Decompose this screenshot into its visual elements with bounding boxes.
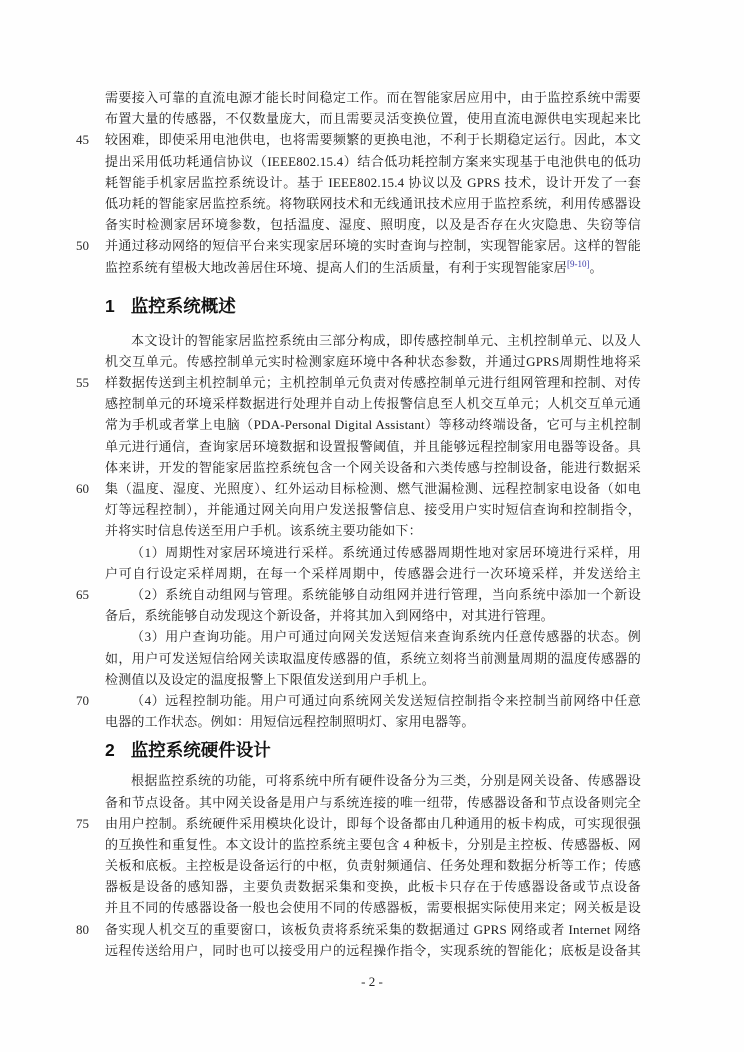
margin-line-number bbox=[76, 855, 105, 876]
text-line: （1）周期性对家居环境进行采样。系统通过传感器周期性地对家居环境进行采样，用 bbox=[76, 542, 641, 563]
line-text: 单元进行通信，查询家居环境数据和设置报警阈值，并且能够远程控制家用电器等设备。具 bbox=[105, 436, 641, 457]
heading-number: 2 bbox=[105, 740, 115, 760]
margin-line-number bbox=[76, 737, 105, 763]
line-text: 提出采用低功耗通信协议（IEEE802.15.4）结合低功耗控制方案来实现基于电… bbox=[105, 151, 641, 172]
text-line: 电器的工作状态。例如：用短信远程控制照明灯、家用电器等。 bbox=[76, 711, 641, 732]
line-text: 机交互单元。传感控制单元实时检测家庭环境中各种状态参数，并通过GPRS周期性地将… bbox=[105, 351, 641, 372]
margin-line-number: 45 bbox=[76, 129, 105, 150]
line-text: 备实现人机交互的重要窗口，该板负责将系统采集的数据通过 GPRS 网络或者 In… bbox=[105, 919, 641, 940]
page-content: 需要接入可靠的直流电源才能长时间稳定工作。而在智能家居应用中，由于监控系统中需要… bbox=[76, 87, 641, 961]
line-text: 并通过移动网络的短信平台来实现家居环境的实时查询与控制，实现智能家居。这样的智能 bbox=[105, 235, 641, 256]
text-line: 灯等远程控制），并能通过网关向用户发送报警信息、接受用户实时短信查询和控制指令， bbox=[76, 499, 641, 520]
heading-title: 监控系统硬件设计 bbox=[131, 740, 271, 760]
margin-line-number bbox=[76, 193, 105, 214]
line-text: （2）系统自动组网与管理。系统能够自动组网并进行管理，当向系统中添加一个新设 bbox=[105, 584, 641, 605]
text-line: 关板和底板。主控板是设备运行的中枢，负责射频通信、任务处理和数据分析等工作；传感 bbox=[76, 855, 641, 876]
margin-line-number bbox=[76, 834, 105, 855]
line-text: （1）周期性对家居环境进行采样。系统通过传感器周期性地对家居环境进行采样，用 bbox=[105, 542, 641, 563]
margin-line-number bbox=[76, 876, 105, 897]
margin-line-number bbox=[76, 257, 105, 278]
line-text: 检测值以及设定的温度报警上下限值发送到用户手机上。 bbox=[105, 669, 641, 690]
margin-line-number bbox=[76, 172, 105, 193]
line-text: 备和节点设备。其中网关设备是用户与系统连接的唯一纽带，传感器设备和节点设备则完全 bbox=[105, 792, 641, 813]
margin-line-number bbox=[76, 605, 105, 626]
margin-line-number bbox=[76, 626, 105, 647]
line-text: 并将实时信息传送至用户手机。该系统主要功能如下： bbox=[105, 520, 641, 541]
text-line: （3）用户查询功能。用户可通过向网关发送短信来查询系统内任意传感器的状态。例 bbox=[76, 626, 641, 647]
margin-line-number: 80 bbox=[76, 919, 105, 940]
line-text: 根据监控系统的功能，可将系统中所有硬件设备分为三类，分别是网关设备、传感器设 bbox=[105, 770, 641, 791]
margin-line-number: 55 bbox=[76, 372, 105, 393]
margin-line-number bbox=[76, 940, 105, 961]
line-text: 布置大量的传感器，不仅数量庞大，而且需要灵活变换位置，使用直流电源供电实现起来比 bbox=[105, 108, 641, 129]
line-text: 电器的工作状态。例如：用短信远程控制照明灯、家用电器等。 bbox=[105, 711, 641, 732]
margin-line-number bbox=[76, 499, 105, 520]
text-line: 耗智能手机家居监控系统设计。基于 IEEE802.15.4 协议以及 GPRS … bbox=[76, 172, 641, 193]
margin-line-number bbox=[76, 563, 105, 584]
line-text: 由用户控制。系统硬件采用模块化设计，即每个设备都由几种通用的板卡构成，可实现很强 bbox=[105, 813, 641, 834]
text-line: 本文设计的智能家居监控系统由三部分构成，即传感控制单元、主机控制单元、以及人 bbox=[76, 330, 641, 351]
margin-line-number bbox=[76, 542, 105, 563]
margin-line-number bbox=[76, 669, 105, 690]
line-text: 关板和底板。主控板是设备运行的中枢，负责射频通信、任务处理和数据分析等工作；传感 bbox=[105, 855, 641, 876]
line-text: 样数据传送到主机控制单元；主机控制单元负责对传感控制单元进行组网管理和控制、对传 bbox=[105, 372, 641, 393]
line-text: 需要接入可靠的直流电源才能长时间稳定工作。而在智能家居应用中，由于监控系统中需要 bbox=[105, 87, 641, 108]
text-line: 如，用户可发送短信给网关读取温度传感器的值，系统立刻将当前测量周期的温度传感器的 bbox=[76, 648, 641, 669]
margin-line-number bbox=[76, 897, 105, 918]
line-text: 较困难，即使采用电池供电，也将需要频繁的更换电池，不利于长期稳定运行。因此，本文 bbox=[105, 129, 641, 150]
margin-line-number: 65 bbox=[76, 584, 105, 605]
text-line: 并将实时信息传送至用户手机。该系统主要功能如下： bbox=[76, 520, 641, 541]
heading-text: 1监控系统概述 bbox=[105, 293, 641, 319]
line-text: 如，用户可发送短信给网关读取温度传感器的值，系统立刻将当前测量周期的温度传感器的 bbox=[105, 648, 641, 669]
margin-line-number: 70 bbox=[76, 690, 105, 711]
line-text: 远程传送给用户，同时也可以接受用户的远程操作指令，实现系统的智能化；底板是设备其 bbox=[105, 940, 641, 961]
text-line: 根据监控系统的功能，可将系统中所有硬件设备分为三类，分别是网关设备、传感器设 bbox=[76, 770, 641, 791]
text-line: 备后，系统能够自动发现这个新设备，并将其加入到网络中，对其进行管理。 bbox=[76, 605, 641, 626]
line-text: 常为手机或者掌上电脑（PDA-Personal Digital Assistan… bbox=[105, 414, 641, 435]
text-line: 需要接入可靠的直流电源才能长时间稳定工作。而在智能家居应用中，由于监控系统中需要 bbox=[76, 87, 641, 108]
line-text: 感控制单元的环境采样数据进行处理并自动上传报警信息至人机交互单元；人机交互单元通 bbox=[105, 393, 641, 414]
line-text: 备实时检测家居环境参数，包括温度、湿度、照明度，以及是否存在火灾隐患、失窃等信息… bbox=[105, 214, 641, 235]
text-line: 75由用户控制。系统硬件采用模块化设计，即每个设备都由几种通用的板卡构成，可实现… bbox=[76, 813, 641, 834]
text-line: 备和节点设备。其中网关设备是用户与系统连接的唯一纽带，传感器设备和节点设备则完全 bbox=[76, 792, 641, 813]
text-line: 并且不同的传感器设备一般也会使用不同的传感器板，需要根据实际使用来定；网关板是设 bbox=[76, 897, 641, 918]
margin-line-number bbox=[76, 414, 105, 435]
text-line: 远程传送给用户，同时也可以接受用户的远程操作指令，实现系统的智能化；底板是设备其 bbox=[76, 940, 641, 961]
margin-line-number bbox=[76, 108, 105, 129]
margin-line-number bbox=[76, 214, 105, 235]
section-heading: 1监控系统概述 bbox=[76, 293, 641, 319]
text-line: 45较困难，即使采用电池供电，也将需要频繁的更换电池，不利于长期稳定运行。因此，… bbox=[76, 129, 641, 150]
line-text: 本文设计的智能家居监控系统由三部分构成，即传感控制单元、主机控制单元、以及人 bbox=[105, 330, 641, 351]
text-line: 70（4）远程控制功能。用户可通过向系统网关发送短信控制指令来控制当前网络中任意 bbox=[76, 690, 641, 711]
text-line: 65（2）系统自动组网与管理。系统能够自动组网并进行管理，当向系统中添加一个新设 bbox=[76, 584, 641, 605]
line-text: （4）远程控制功能。用户可通过向系统网关发送短信控制指令来控制当前网络中任意 bbox=[105, 690, 641, 711]
line-text: 体来讲，开发的智能家居监控系统包含一个网关设备和六类传感与控制设备，能进行数据采 bbox=[105, 457, 641, 478]
text-line: 户可自行设定采样周期，在每一个采样周期中，传感器会进行一次环境采样，并发送给主机… bbox=[76, 563, 641, 584]
text-line: 器板是设备的感知器，主要负责数据采集和变换，此板卡只存在于传感器设备或节点设备中… bbox=[76, 876, 641, 897]
margin-line-number: 75 bbox=[76, 813, 105, 834]
margin-line-number bbox=[76, 792, 105, 813]
text-line: 55样数据传送到主机控制单元；主机控制单元负责对传感控制单元进行组网管理和控制、… bbox=[76, 372, 641, 393]
line-text: 集（温度、湿度、光照度）、红外运动目标检测、燃气泄漏检测、远程控制家电设备（如电 bbox=[105, 478, 641, 499]
line-text: （3）用户查询功能。用户可通过向网关发送短信来查询系统内任意传感器的状态。例 bbox=[105, 626, 641, 647]
margin-line-number bbox=[76, 770, 105, 791]
page-number: - 2 - bbox=[361, 974, 383, 989]
text-line: 提出采用低功耗通信协议（IEEE802.15.4）结合低功耗控制方案来实现基于电… bbox=[76, 151, 641, 172]
text-line: 单元进行通信，查询家居环境数据和设置报警阈值，并且能够远程控制家用电器等设备。具 bbox=[76, 436, 641, 457]
text-line: 常为手机或者掌上电脑（PDA-Personal Digital Assistan… bbox=[76, 414, 641, 435]
line-text: 户可自行设定采样周期，在每一个采样周期中，传感器会进行一次环境采样，并发送给主机… bbox=[105, 563, 641, 584]
line-text: 备后，系统能够自动发现这个新设备，并将其加入到网络中，对其进行管理。 bbox=[105, 605, 641, 626]
text-line: 体来讲，开发的智能家居监控系统包含一个网关设备和六类传感与控制设备，能进行数据采 bbox=[76, 457, 641, 478]
margin-line-number bbox=[76, 393, 105, 414]
text-line: 50并通过移动网络的短信平台来实现家居环境的实时查询与控制，实现智能家居。这样的… bbox=[76, 235, 641, 256]
line-text: 耗智能手机家居监控系统设计。基于 IEEE802.15.4 协议以及 GPRS … bbox=[105, 172, 641, 193]
line-text: 的互换性和重复性。本文设计的监控系统主要包含 4 种板卡，分别是主控板、传感器板… bbox=[105, 834, 641, 855]
margin-line-number: 50 bbox=[76, 235, 105, 256]
citation-ref[interactable]: [9-10] bbox=[567, 259, 590, 269]
text-line: 布置大量的传感器，不仅数量庞大，而且需要灵活变换位置，使用直流电源供电实现起来比 bbox=[76, 108, 641, 129]
line-text: 低功耗的智能家居监控系统。将物联网技术和无线通讯技术应用于监控系统，利用传感器设 bbox=[105, 193, 641, 214]
margin-line-number bbox=[76, 151, 105, 172]
text-line: 的互换性和重复性。本文设计的监控系统主要包含 4 种板卡，分别是主控板、传感器板… bbox=[76, 834, 641, 855]
heading-text: 2监控系统硬件设计 bbox=[105, 737, 641, 763]
margin-line-number bbox=[76, 87, 105, 108]
margin-line-number bbox=[76, 520, 105, 541]
margin-line-number bbox=[76, 293, 105, 319]
text-line: 监控系统有望极大地改善居住环境、提高人们的生活质量，有利于实现智能家居[9-10… bbox=[76, 257, 641, 278]
text-line: 感控制单元的环境采样数据进行处理并自动上传报警信息至人机交互单元；人机交互单元通 bbox=[76, 393, 641, 414]
text-line: 80备实现人机交互的重要窗口，该板负责将系统采集的数据通过 GPRS 网络或者 … bbox=[76, 919, 641, 940]
line-text: 器板是设备的感知器，主要负责数据采集和变换，此板卡只存在于传感器设备或节点设备中… bbox=[105, 876, 641, 897]
margin-line-number bbox=[76, 330, 105, 351]
text-line: 低功耗的智能家居监控系统。将物联网技术和无线通讯技术应用于监控系统，利用传感器设 bbox=[76, 193, 641, 214]
text-line: 60集（温度、湿度、光照度）、红外运动目标检测、燃气泄漏检测、远程控制家电设备（… bbox=[76, 478, 641, 499]
heading-number: 1 bbox=[105, 296, 115, 316]
text-line: 检测值以及设定的温度报警上下限值发送到用户手机上。 bbox=[76, 669, 641, 690]
line-text: 灯等远程控制），并能通过网关向用户发送报警信息、接受用户实时短信查询和控制指令， bbox=[105, 499, 641, 520]
margin-line-number bbox=[76, 648, 105, 669]
margin-line-number bbox=[76, 436, 105, 457]
margin-line-number: 60 bbox=[76, 478, 105, 499]
margin-line-number bbox=[76, 351, 105, 372]
margin-line-number bbox=[76, 711, 105, 732]
text-line: 备实时检测家居环境参数，包括温度、湿度、照明度，以及是否存在火灾隐患、失窃等信息… bbox=[76, 214, 641, 235]
document-page: 需要接入可靠的直流电源才能长时间稳定工作。而在智能家居应用中，由于监控系统中需要… bbox=[0, 0, 744, 1052]
section-heading: 2监控系统硬件设计 bbox=[76, 737, 641, 763]
heading-title: 监控系统概述 bbox=[131, 296, 236, 316]
text-line: 机交互单元。传感控制单元实时检测家庭环境中各种状态参数，并通过GPRS周期性地将… bbox=[76, 351, 641, 372]
line-text: 监控系统有望极大地改善居住环境、提高人们的生活质量，有利于实现智能家居[9-10… bbox=[105, 257, 641, 278]
margin-line-number bbox=[76, 457, 105, 478]
line-text: 并且不同的传感器设备一般也会使用不同的传感器板，需要根据实际使用来定；网关板是设 bbox=[105, 897, 641, 918]
page-footer: - 2 - bbox=[0, 974, 744, 990]
